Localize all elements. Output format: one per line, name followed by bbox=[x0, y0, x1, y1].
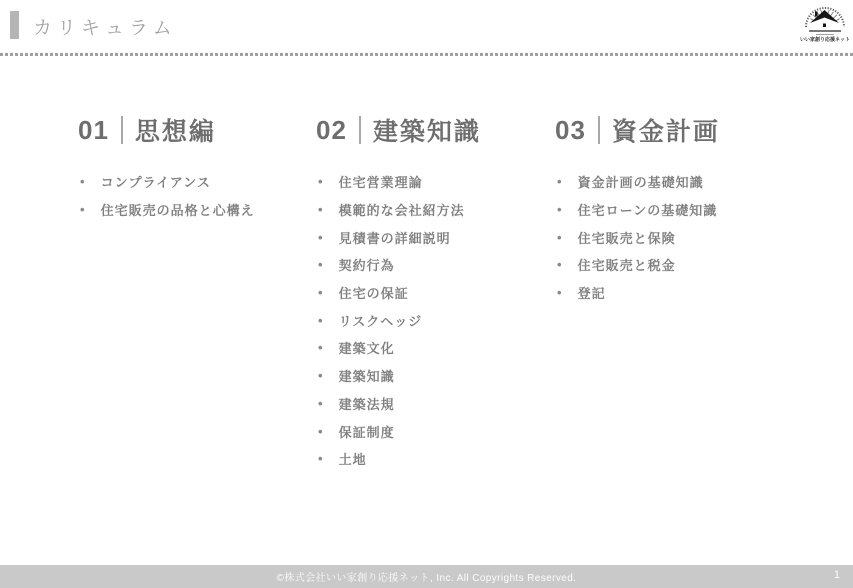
title-accent-bar bbox=[10, 11, 19, 39]
column-title: 思想編 bbox=[135, 112, 216, 148]
list-item: コンプライアンス bbox=[80, 168, 316, 196]
curriculum-list: コンプライアンス 住宅販売の品格と心構え bbox=[80, 168, 316, 223]
column-number: 03 bbox=[555, 115, 586, 146]
column-philosophy: 01 思想編 コンプライアンス 住宅販売の品格と心構え bbox=[78, 112, 316, 473]
curriculum-list: 住宅営業理論 模範的な会社紹方法 見積書の詳細説明 契約行為 住宅の保証 リスク… bbox=[318, 168, 555, 473]
list-item: 住宅の保証 bbox=[318, 279, 555, 307]
column-number: 02 bbox=[316, 115, 347, 146]
page-title: カリキュラム bbox=[33, 13, 177, 40]
slide-header: カリキュラム bbox=[0, 0, 853, 52]
list-item: 登記 bbox=[557, 279, 795, 307]
list-item: 模範的な会社紹方法 bbox=[318, 196, 555, 224]
dotted-divider bbox=[0, 53, 853, 56]
list-item: リスクヘッジ bbox=[318, 306, 555, 334]
column-separator bbox=[359, 116, 361, 144]
logo-tagline-line bbox=[809, 30, 841, 32]
list-item: 住宅ローンの基礎知識 bbox=[557, 196, 795, 224]
curriculum-columns: 01 思想編 コンプライアンス 住宅販売の品格と心構え 02 建築知識 住宅営業… bbox=[78, 112, 795, 473]
column-separator bbox=[121, 116, 123, 144]
copyright-text: ©株式会社いい家創り応援ネット, Inc. All Copyrights Res… bbox=[277, 569, 577, 584]
column-architecture: 02 建築知識 住宅営業理論 模範的な会社紹方法 見積書の詳細説明 契約行為 住… bbox=[316, 112, 555, 473]
list-item: 建築知識 bbox=[318, 362, 555, 390]
column-header: 01 思想編 bbox=[78, 112, 316, 148]
list-item: 住宅販売の品格と心構え bbox=[80, 196, 316, 224]
list-item: 建築法規 bbox=[318, 390, 555, 418]
column-header: 02 建築知識 bbox=[316, 112, 555, 148]
list-item: 住宅営業理論 bbox=[318, 168, 555, 196]
column-finance: 03 資金計画 資金計画の基礎知識 住宅ローンの基礎知識 住宅販売と保険 住宅販… bbox=[555, 112, 795, 473]
column-number: 01 bbox=[78, 115, 109, 146]
logo-rule bbox=[816, 34, 834, 35]
curriculum-list: 資金計画の基礎知識 住宅ローンの基礎知識 住宅販売と保険 住宅販売と税金 登記 bbox=[557, 168, 795, 306]
list-item: 土地 bbox=[318, 445, 555, 473]
footer-bar: ©株式会社いい家創り応援ネット, Inc. All Copyrights Res… bbox=[0, 565, 853, 588]
page-number: 1 bbox=[834, 569, 840, 581]
column-title: 建築知識 bbox=[373, 112, 481, 148]
list-item: 建築文化 bbox=[318, 334, 555, 362]
company-logo: いい家創り応援ネット bbox=[799, 2, 851, 43]
list-item: 保証制度 bbox=[318, 417, 555, 445]
column-separator bbox=[598, 116, 600, 144]
column-title: 資金計画 bbox=[612, 112, 720, 148]
list-item: 見積書の詳細説明 bbox=[318, 223, 555, 251]
logo-company-name: いい家創り応援ネット bbox=[799, 37, 851, 43]
list-item: 住宅販売と保険 bbox=[557, 223, 795, 251]
sunburst-house-logo-icon bbox=[799, 2, 851, 29]
list-item: 住宅販売と税金 bbox=[557, 251, 795, 279]
column-header: 03 資金計画 bbox=[555, 112, 795, 148]
list-item: 契約行為 bbox=[318, 251, 555, 279]
list-item: 資金計画の基礎知識 bbox=[557, 168, 795, 196]
